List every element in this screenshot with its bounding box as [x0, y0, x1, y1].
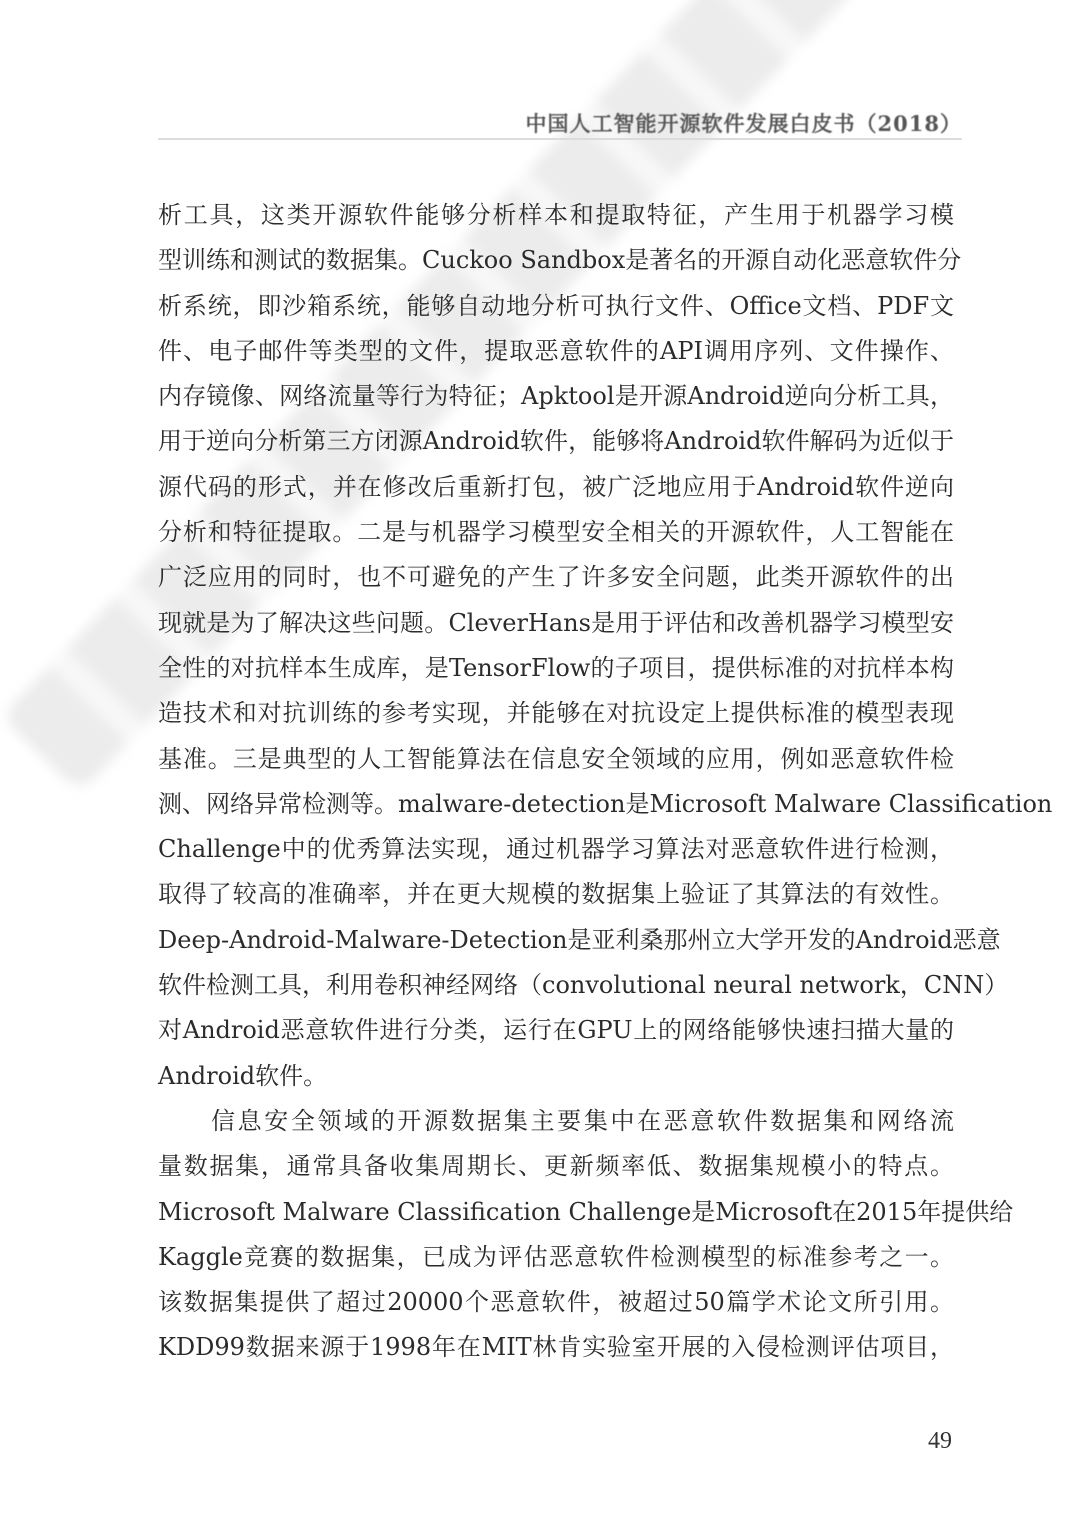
text-line: 测、网络异常检测等。malware-detection是Microsoft Ma…: [158, 782, 954, 827]
page-number: 49: [928, 1428, 952, 1455]
paragraph-2: 信息安全领域的开源数据集主要集中在恶意软件数据集和网络流 量数据集，通常具备收集…: [158, 1099, 954, 1371]
text-line: Deep-Android-Malware-Detection是亚利桑那州立大学开…: [158, 918, 954, 963]
text-line: 全性的对抗样本生成库，是TensorFlow的子项目，提供标准的对抗样本构: [158, 646, 954, 691]
text-line: 分析和特征提取。二是与机器学习模型安全相关的开源软件，人工智能在: [158, 510, 954, 555]
running-header: 中国人工智能开源软件发展白皮书（2018）: [526, 108, 962, 138]
text-line: 软件检测工具，利用卷积神经网络（convolutional neural net…: [158, 963, 954, 1008]
text-line: Kaggle竞赛的数据集，已成为评估恶意软件检测模型的标准参考之一。: [158, 1235, 954, 1280]
body-text: 析工具，这类开源软件能够分析样本和提取特征，产生用于机器学习模 型训练和测试的数…: [158, 193, 954, 1371]
text-line: 广泛应用的同时，也不可避免的产生了许多安全问题，此类开源软件的出: [158, 555, 954, 600]
text-line: Microsoft Malware Classification Challen…: [158, 1190, 954, 1235]
text-line: 析工具，这类开源软件能够分析样本和提取特征，产生用于机器学习模: [158, 193, 954, 238]
header-rule-divider: [158, 138, 962, 140]
text-line: 析系统，即沙箱系统，能够自动地分析可执行文件、Office文档、PDF文: [158, 284, 954, 329]
text-line: 现就是为了解决这些问题。CleverHans是用于评估和改善机器学习模型安: [158, 601, 954, 646]
text-line: 件、电子邮件等类型的文件，提取恶意软件的API调用序列、文件操作、: [158, 329, 954, 374]
text-line: 型训练和测试的数据集。Cuckoo Sandbox是著名的开源自动化恶意软件分: [158, 238, 954, 283]
text-line: KDD99数据来源于1998年在MIT林肯实验室开展的入侵检测评估项目，: [158, 1325, 954, 1370]
paragraph-1: 析工具，这类开源软件能够分析样本和提取特征，产生用于机器学习模 型训练和测试的数…: [158, 193, 954, 1099]
text-line: 该数据集提供了超过20000个恶意软件，被超过50篇学术论文所引用。: [158, 1280, 954, 1325]
text-line: 信息安全领域的开源数据集主要集中在恶意软件数据集和网络流: [158, 1099, 954, 1144]
text-line: 量数据集，通常具备收集周期长、更新频率低、数据集规模小的特点。: [158, 1144, 954, 1189]
text-line: 对Android恶意软件进行分类，运行在GPU上的网络能够快速扫描大量的: [158, 1008, 954, 1053]
text-line: 造技术和对抗训练的参考实现，并能够在对抗设定上提供标准的模型表现: [158, 691, 954, 736]
text-line: 取得了较高的准确率，并在更大规模的数据集上验证了其算法的有效性。: [158, 872, 954, 917]
text-line: 基准。三是典型的人工智能算法在信息安全领域的应用，例如恶意软件检: [158, 737, 954, 782]
text-line: 内存镜像、网络流量等行为特征；Apktool是开源Android逆向分析工具，: [158, 374, 954, 419]
text-line: 用于逆向分析第三方闭源Android软件，能够将Android软件解码为近似于: [158, 419, 954, 464]
text-line: Android软件。: [158, 1054, 954, 1099]
text-line: Challenge中的优秀算法实现，通过机器学习算法对恶意软件进行检测，: [158, 827, 954, 872]
text-line: 源代码的形式，并在修改后重新打包，被广泛地应用于Android软件逆向: [158, 465, 954, 510]
